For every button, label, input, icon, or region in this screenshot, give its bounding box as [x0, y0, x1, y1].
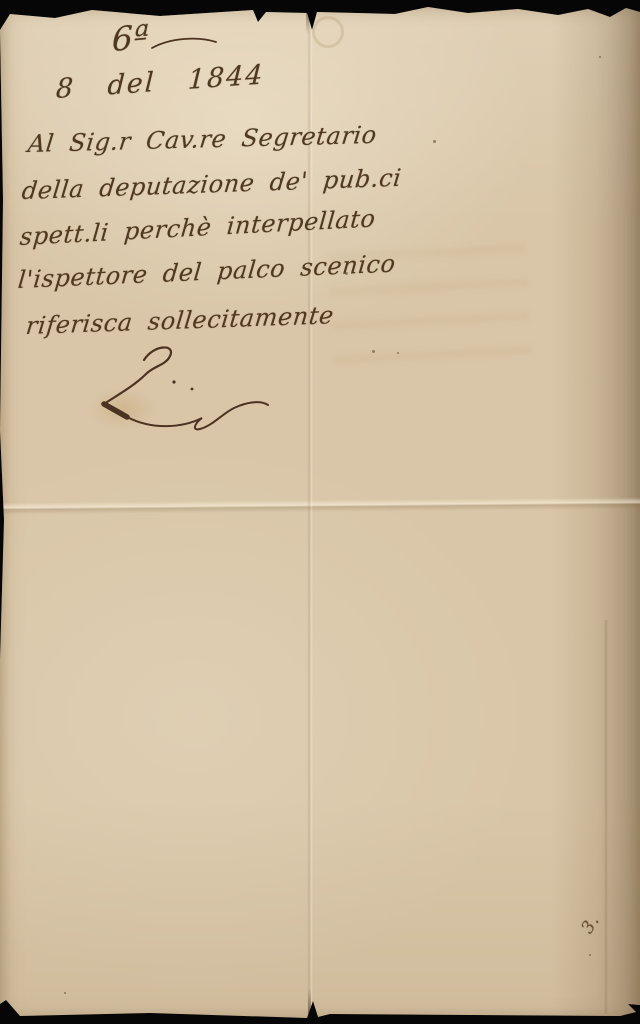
corner-note: 3. — [578, 911, 605, 937]
date-line: 8 del 1844 — [55, 59, 265, 105]
horizontal-fold-crease — [0, 497, 640, 515]
manuscript-line-1: Al Sig.r Cav.re Segretario — [26, 121, 378, 158]
paper-speck — [397, 352, 399, 354]
top-edge-tear — [306, 8, 309, 34]
ink-stain-ring — [312, 16, 344, 48]
right-edge-crease — [604, 620, 608, 1014]
paper-speck — [433, 140, 436, 143]
bottom-edge-tear — [308, 988, 311, 1018]
signature-paraph-icon — [82, 342, 282, 437]
paper-speck — [589, 954, 591, 956]
filing-flourish-icon — [150, 34, 220, 52]
filing-number: 6ª — [112, 17, 150, 60]
photograph-background: 6ª 8 del 1844 Al Sig.r Cav.re Segretario… — [0, 0, 640, 1024]
manuscript-line-2: della deputazione de' pub.ci — [21, 164, 404, 205]
paper-sheet: 6ª 8 del 1844 Al Sig.r Cav.re Segretario… — [0, 0, 640, 1024]
paper-speck — [599, 56, 601, 58]
paper-speck — [372, 350, 375, 353]
manuscript-line-3: spett.li perchè interpellato — [19, 204, 377, 251]
manuscript-line-5: riferisca sollecitamente — [25, 301, 336, 340]
vertical-fold-crease — [307, 8, 313, 1018]
paper-speck — [64, 992, 66, 994]
